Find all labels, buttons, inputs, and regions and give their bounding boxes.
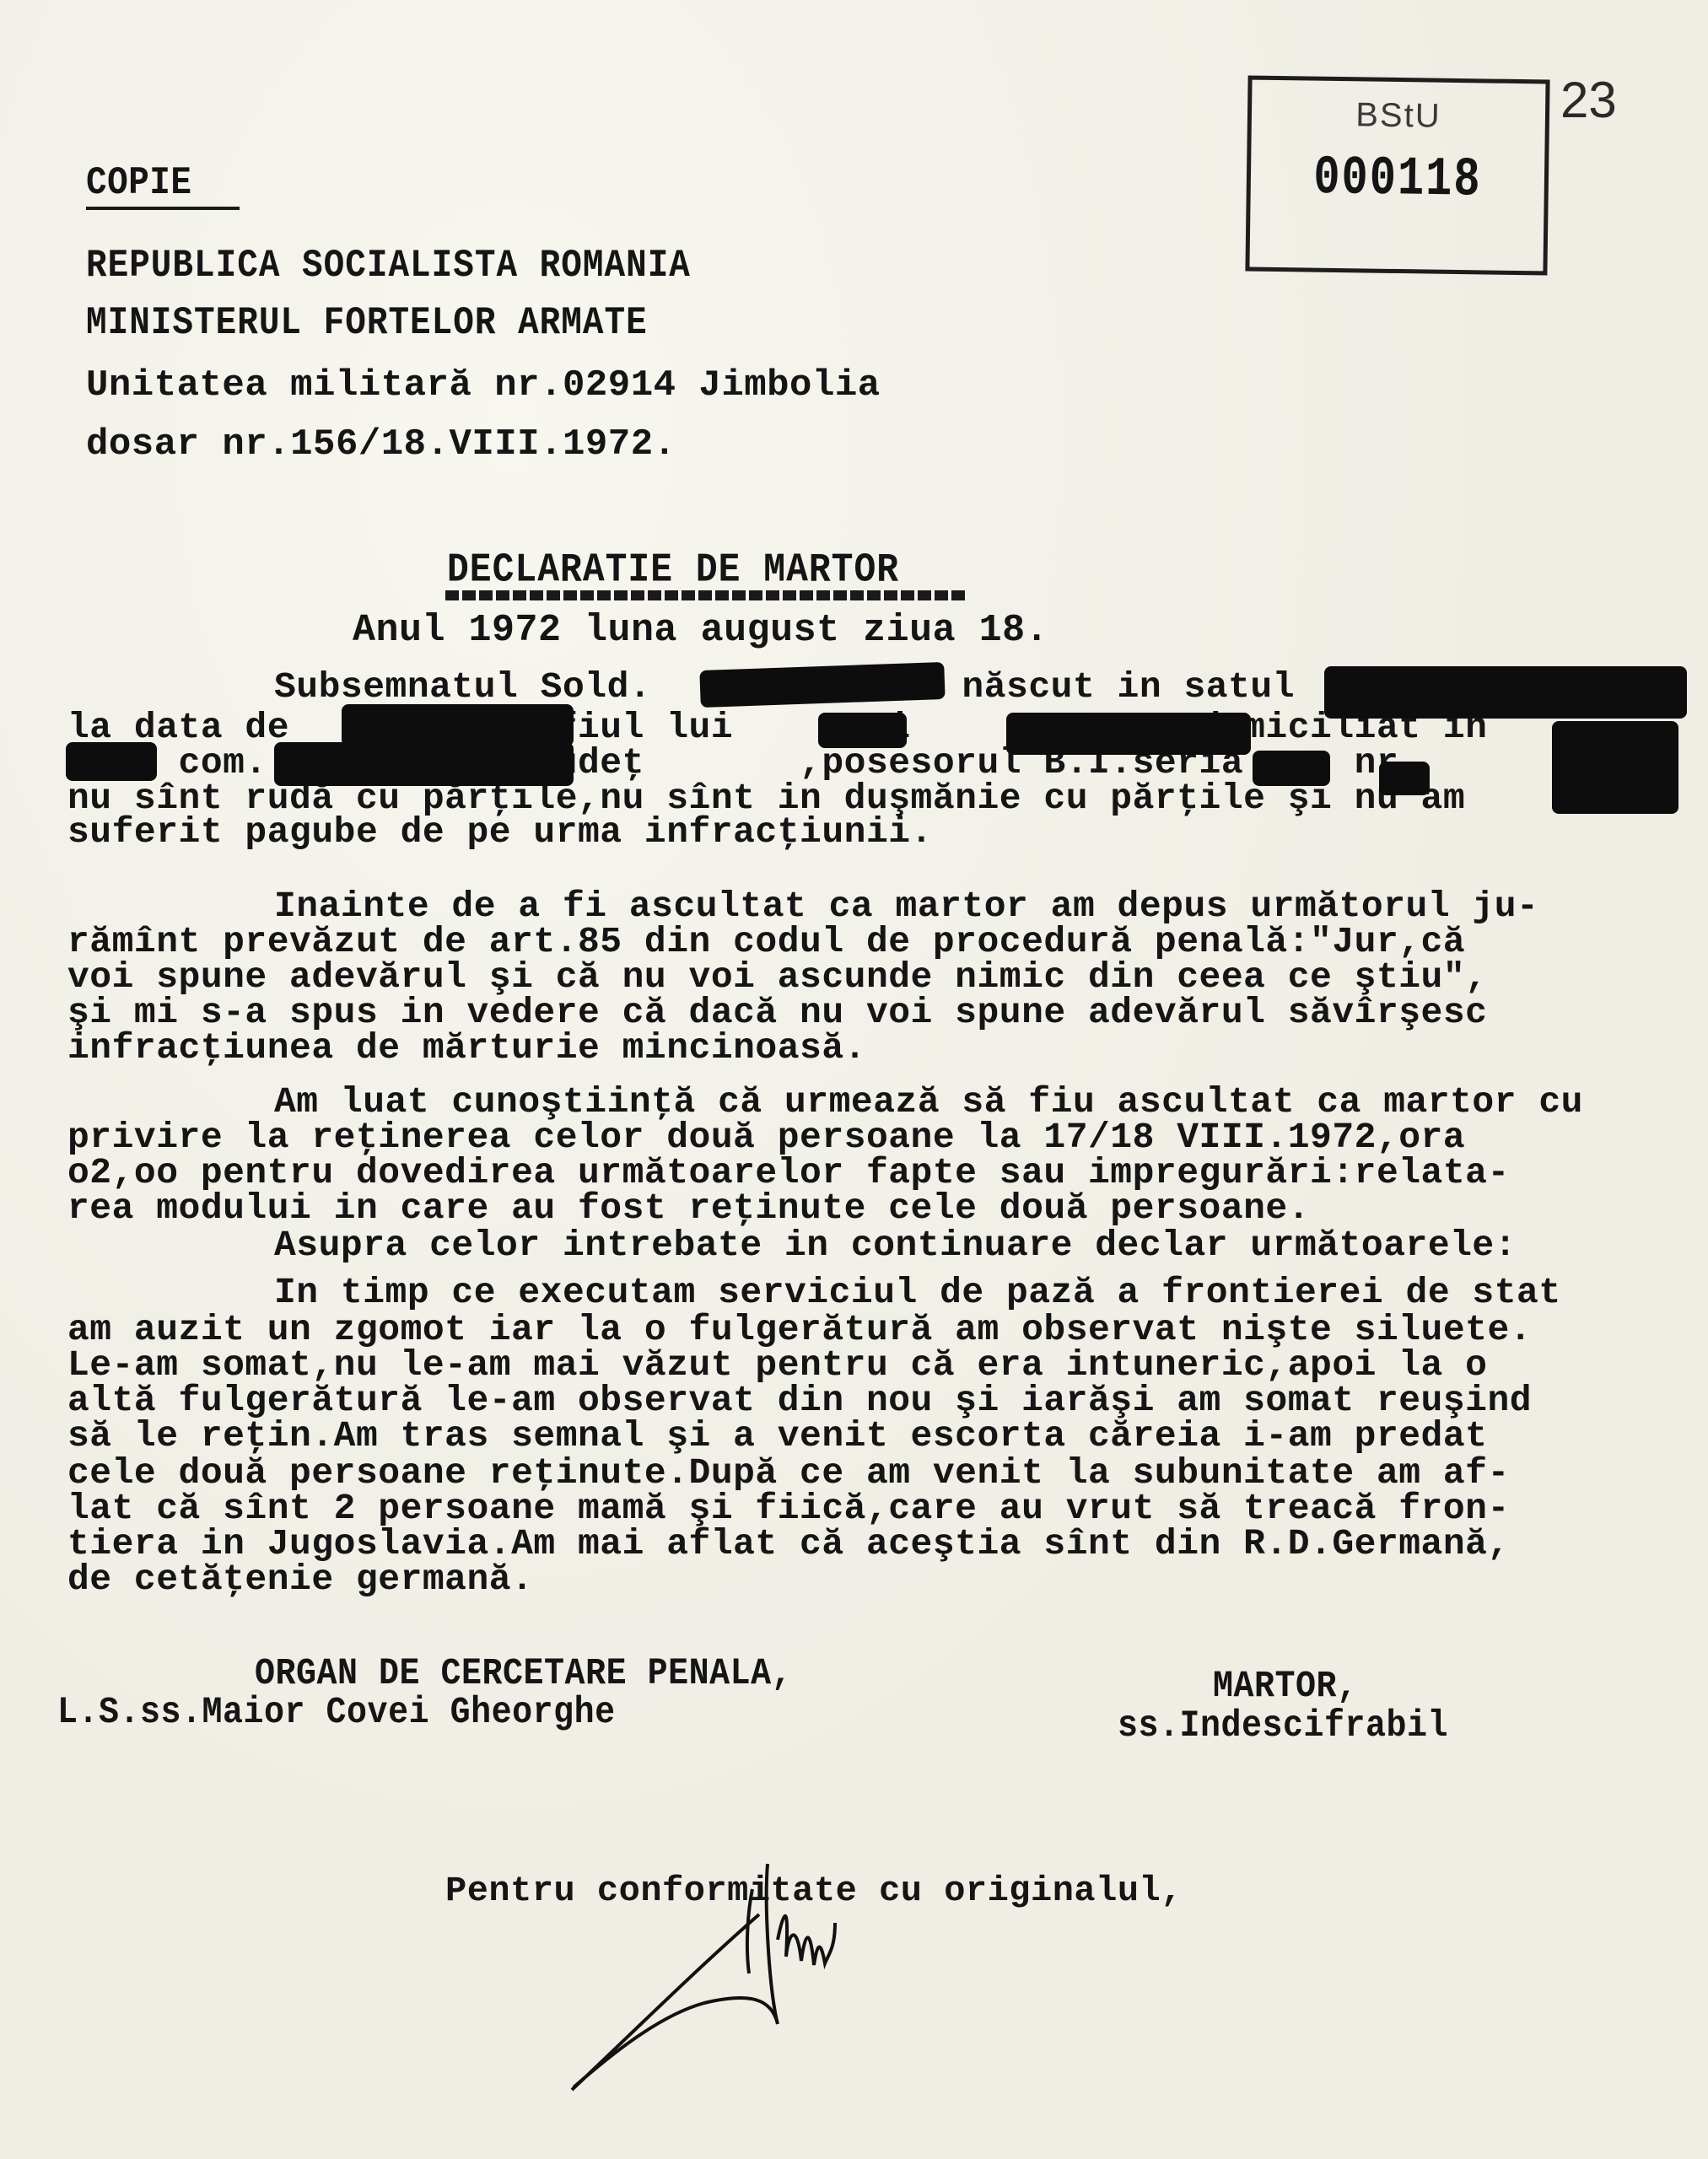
stamp-number: 000118 xyxy=(1250,146,1544,213)
redaction-commune xyxy=(274,742,574,786)
body-line: suferit pagube de pe urma infracţiunii. xyxy=(67,811,933,853)
witness-name: ss.Indescifrabil xyxy=(1118,1705,1448,1747)
handwritten-signature xyxy=(557,1855,995,2108)
redaction-locality xyxy=(66,742,157,781)
redaction-domicile xyxy=(1552,721,1678,814)
body-line: infracţiunea de mărturie mincinoasă. xyxy=(67,1027,866,1069)
header-file-number: dosar nr.156/18.VIII.1972. xyxy=(86,423,676,466)
date-line: Anul 1972 luna august ziua 18. xyxy=(353,609,1048,652)
header-ministry: MINISTERUL FORTELOR ARMATE xyxy=(86,302,648,346)
body-line: Asupra celor intrebate in continuare dec… xyxy=(274,1225,1517,1266)
stamp-organization: BStU xyxy=(1252,95,1546,137)
document-title: DECLARATIE DE MARTOR xyxy=(447,546,899,593)
redaction-mother xyxy=(1006,713,1251,755)
copy-label-underline xyxy=(86,207,240,210)
archive-stamp: BStU 000118 xyxy=(1245,76,1549,276)
title-underline xyxy=(445,590,965,600)
body-line: rea modului in care au fost reţinute cel… xyxy=(67,1187,1310,1229)
body-line: de cetăţenie germană. xyxy=(67,1559,533,1600)
redaction-id-series xyxy=(1379,762,1430,795)
witness-title: MARTOR, xyxy=(1213,1666,1358,1708)
redaction-father xyxy=(818,713,907,748)
header-military-unit: Unitatea militară nr.02914 Jimbolia xyxy=(86,364,881,406)
folio-number: 23 xyxy=(1560,71,1617,129)
header-republic: REPUBLICA SOCIALISTA ROMANIA xyxy=(86,245,691,288)
body-line: să le reţin.Am tras semnal şi a venit es… xyxy=(67,1415,1487,1456)
copy-label: COPIE xyxy=(86,162,192,206)
body-line: In timp ce executam serviciul de pază a … xyxy=(274,1272,1561,1313)
redaction-village xyxy=(1324,666,1687,719)
redaction-county xyxy=(1253,751,1330,786)
investigator-title: ORGAN DE CERCETARE PENALA, xyxy=(255,1653,792,1695)
document-page: BStU 000118 23 COPIE REPUBLICA SOCIALIST… xyxy=(0,0,1708,2159)
redaction-birthdate xyxy=(342,704,574,746)
investigator-name: L.S.ss.Maior Covei Gheorghe xyxy=(57,1692,616,1734)
